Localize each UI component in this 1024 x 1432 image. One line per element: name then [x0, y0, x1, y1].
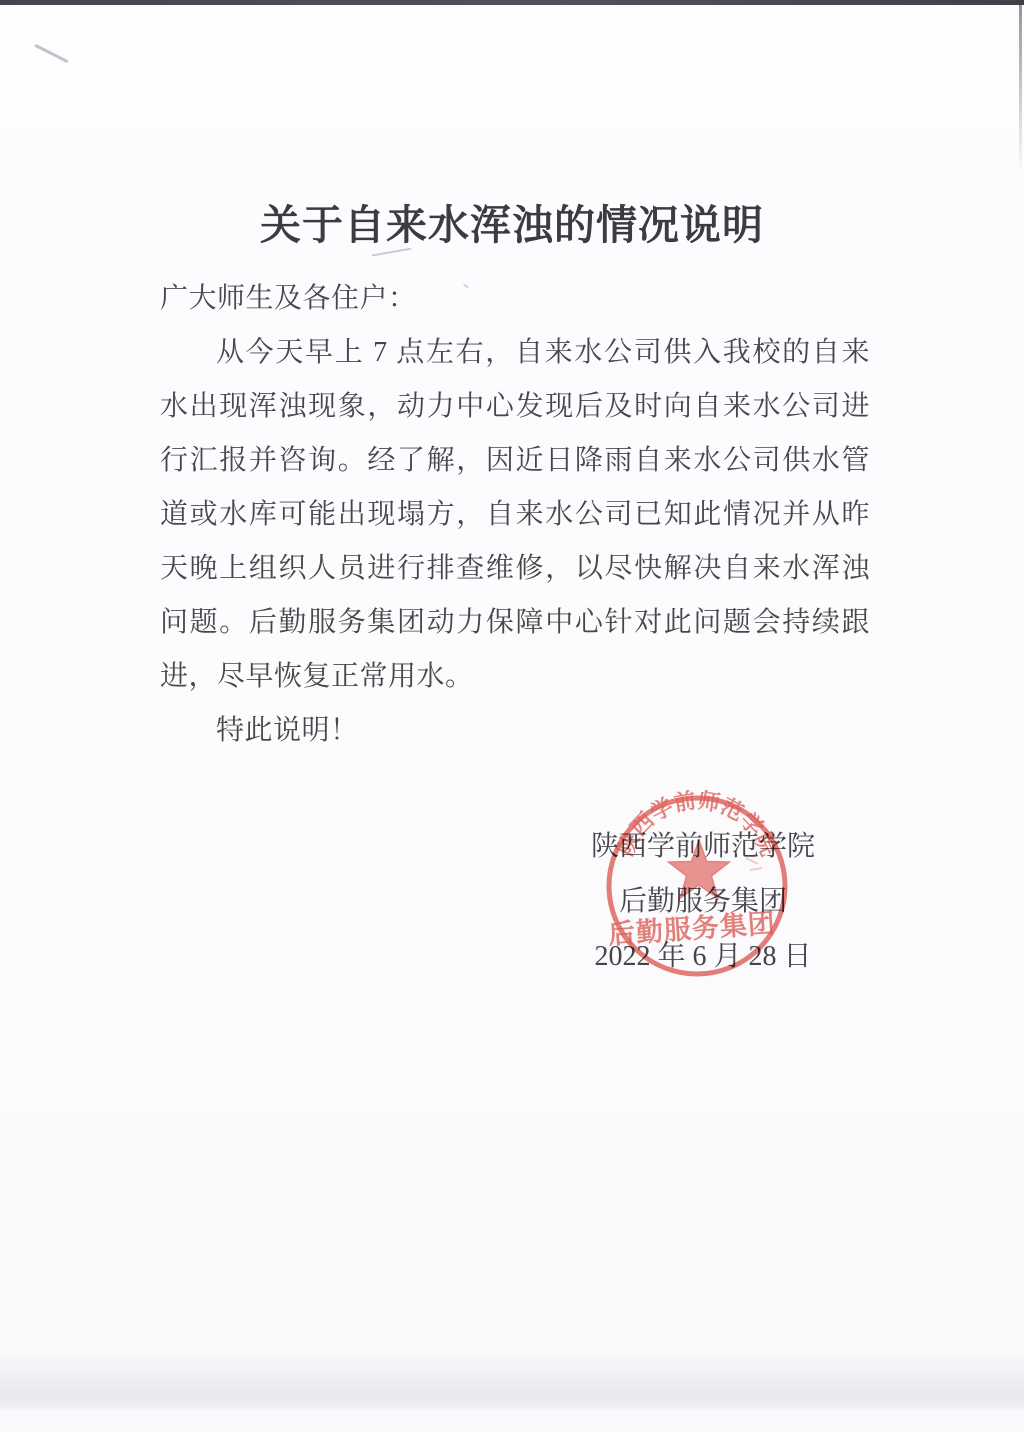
signature-organization: 陕西学前师范学院: [538, 819, 868, 874]
closing-line: 特此说明！: [160, 704, 870, 758]
document-body: 广大师生及各住户： 从今天早上 7 点左右，自来水公司供入我校的自来水出现浑浊现…: [160, 272, 870, 758]
body-paragraph: 从今天早上 7 点左右，自来水公司供入我校的自来水出现浑浊现象，动力中心发现后及…: [160, 326, 870, 704]
pencil-stray-mark: [34, 44, 68, 63]
signature-department: 后勤服务集团: [538, 874, 868, 929]
scanned-notice-page: 关于自来水浑浊的情况说明 广大师生及各住户： 从今天早上 7 点左右，自来水公司…: [0, 0, 1024, 1432]
scan-bottom-shadow: [0, 1348, 1024, 1410]
document-title: 关于自来水浑浊的情况说明: [0, 192, 1024, 251]
salutation-line: 广大师生及各住户：: [160, 272, 870, 326]
signature-date: 2022 年 6 月 28 日: [538, 929, 868, 984]
scan-right-edge-line: [1019, 4, 1022, 174]
scan-top-edge-line: [0, 0, 1024, 5]
signature-block: 陕西学前师范学院 后勤服务集团 2022 年 6 月 28 日: [538, 819, 868, 984]
